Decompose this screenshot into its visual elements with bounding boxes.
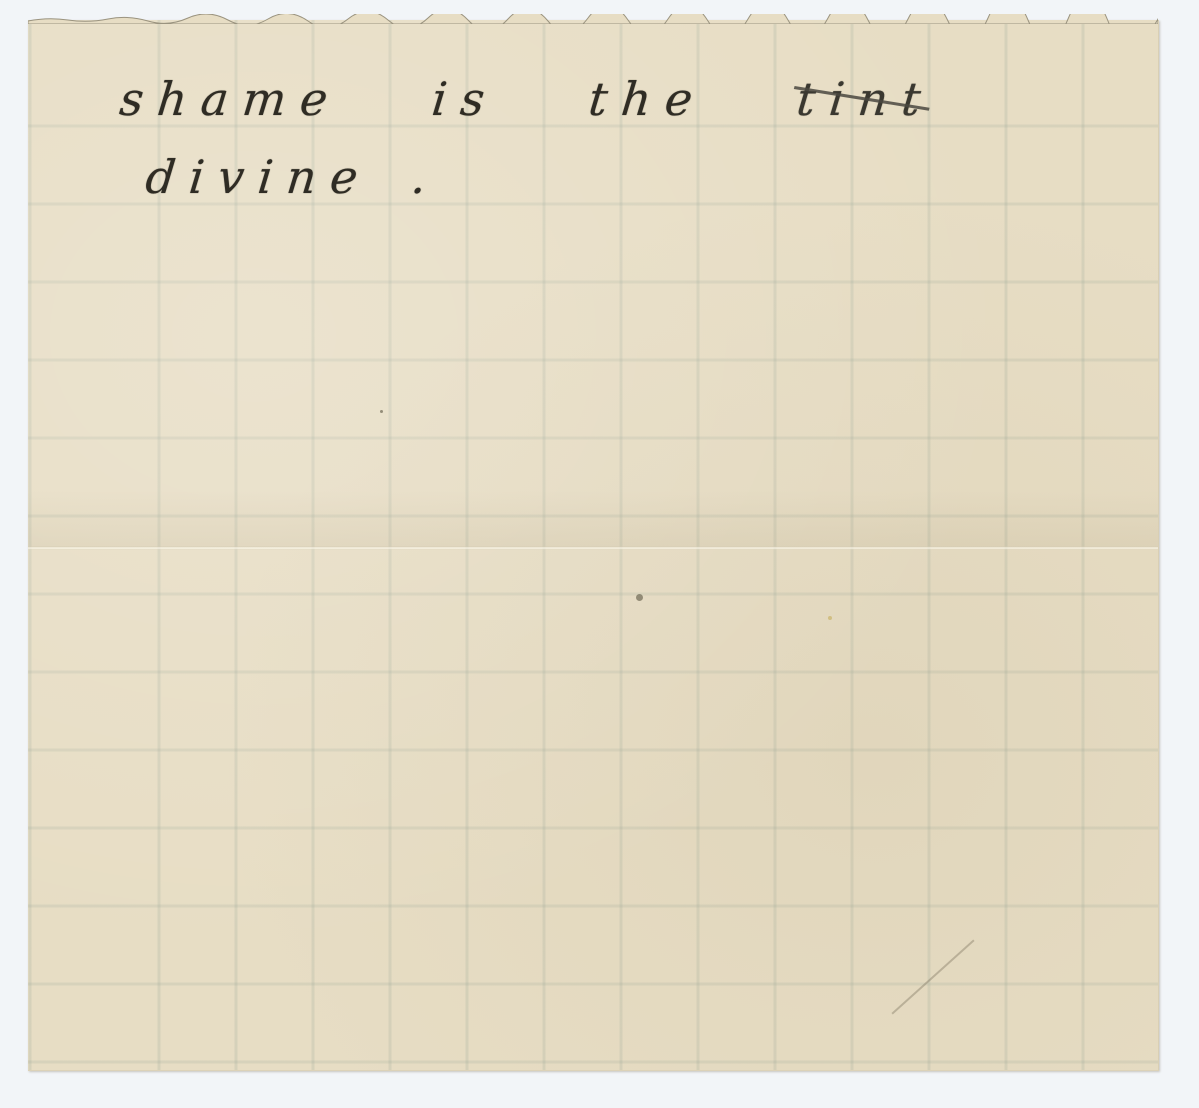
handwritten-line-1: shame is the tint xyxy=(117,72,999,126)
struck-through-word: tint xyxy=(794,72,937,126)
handwritten-word: divine xyxy=(143,150,374,204)
pencil-mark xyxy=(891,939,974,1014)
handwritten-period: . xyxy=(409,150,443,204)
handwritten-line-2: divine. xyxy=(143,150,443,204)
ink-speck xyxy=(380,410,383,413)
deckled-top-edge xyxy=(28,14,1158,24)
scan-background: shame is the tint divine. xyxy=(0,0,1199,1108)
horizontal-fold-crease xyxy=(28,546,1158,550)
handwritten-word: is xyxy=(429,72,501,126)
handwritten-word: shame xyxy=(117,72,344,126)
fold-shadow xyxy=(28,490,1158,548)
manuscript-page: shame is the tint divine. xyxy=(28,20,1159,1071)
stain-speck xyxy=(828,616,832,620)
ink-speck xyxy=(636,594,643,601)
handwritten-word: the xyxy=(586,72,709,126)
